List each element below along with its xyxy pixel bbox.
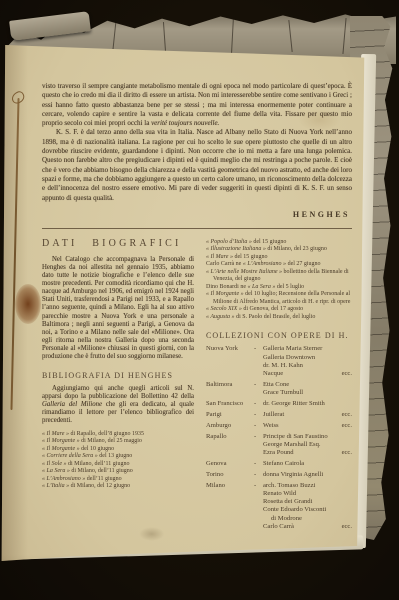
bibliography-entry: « Popolo d’Italia » del 15 giugno xyxy=(206,239,352,247)
bibliography-entry: « La Sera » di Milano, dell’11 giugno xyxy=(42,468,194,476)
city-separator: - xyxy=(254,482,263,532)
bibliography-entry: « Secolo XIX » di Genova, del 17 agosto xyxy=(206,306,352,314)
etc-label: ecc. xyxy=(342,449,352,457)
collection-city: Genova xyxy=(206,460,254,468)
collection-row: Milano - arch. Tomaso Buzzi Renato Wild … xyxy=(206,482,352,532)
bibliografia-heading: BIBLIOGRAFIA DI HENGHES xyxy=(42,371,194,380)
dati-biografici-heading: DATI BIOGRAFICI xyxy=(42,238,194,249)
collection-city: Baltimora xyxy=(206,381,254,398)
page-content: visto traverso il sempre cangiante metab… xyxy=(42,82,352,534)
collezioni-heading: COLLEZIONI CON OPERE DI H. xyxy=(206,331,352,340)
cover-crack xyxy=(112,18,117,52)
dati-biografici-text: Nel Catalogo che accompagnava la Persona… xyxy=(42,256,194,361)
city-separator: - xyxy=(254,381,263,398)
bibliography-list-right: « Popolo d’Italia » del 15 giugno « Illu… xyxy=(206,239,352,322)
right-column: « Popolo d’Italia » del 15 giugno « Illu… xyxy=(206,238,352,534)
bibliography-entry: « Il Mare » di Rapallo, dell’8 giugno 19… xyxy=(42,431,194,439)
collection-row: Genova - Stefano Cairola xyxy=(206,460,352,468)
bibliography-entry: « Il Morgante » di Milano, del 25 maggio xyxy=(42,438,194,446)
etc-label: ecc. xyxy=(342,370,352,378)
bibliography-entry: Dino Bonardi ne « La Sera » del 5 luglio xyxy=(206,284,352,292)
collection-row: Torino - donna Virginia Agnelli xyxy=(206,471,352,479)
bibliography-entry: « L’Italia » di Milano, del 12 giugno xyxy=(42,483,194,491)
collection-city: Parigi xyxy=(206,411,254,419)
collection-names: Principe di San Faustino George Marshall… xyxy=(263,433,352,458)
collection-names: dr. George Ritter Smith xyxy=(263,400,352,408)
collection-city: San Francisco xyxy=(206,400,254,408)
collection-names: Juilleratecc. xyxy=(263,411,352,419)
cover-crack xyxy=(231,16,234,54)
city-separator: - xyxy=(254,422,263,430)
etc-label: ecc. xyxy=(342,422,352,430)
city-separator: - xyxy=(254,471,263,479)
french-phrase: verité toujours nouvelle. xyxy=(151,119,219,127)
author-signature: HENGHES xyxy=(42,210,350,219)
section-divider xyxy=(42,228,352,229)
bibliography-entry: « Illustrazione Italiana » di Milano, de… xyxy=(206,246,352,254)
collezioni-section: COLLEZIONI CON OPERE DI H. Nuova York - … xyxy=(206,331,352,531)
bibliography-entry: « Augusta » di S. Paolo del Brasile, del… xyxy=(206,314,352,322)
city-separator: - xyxy=(254,400,263,408)
intro-paragraph-1: visto traverso il sempre cangiante metab… xyxy=(42,82,352,128)
collection-row: Rapallo - Principe di San Faustino Georg… xyxy=(206,433,352,458)
collection-names: donna Virginia Agnelli xyxy=(263,471,352,479)
collection-row: Parigi - Juilleratecc. xyxy=(206,411,352,419)
collection-city: Milano xyxy=(206,482,254,532)
collection-row: Amburgo - Weissecc. xyxy=(206,422,352,430)
left-column: DATI BIOGRAFICI Nel Catalogo che accompa… xyxy=(42,238,194,534)
collection-names: Stefano Cairola xyxy=(263,460,352,468)
intro-section: visto traverso il sempre cangiante metab… xyxy=(42,82,352,203)
bibliography-entry: « Il Morgante » del 10 giugno xyxy=(42,446,194,454)
two-column-layout: DATI BIOGRAFICI Nel Catalogo che accompa… xyxy=(42,238,352,534)
bibliography-entry: « Il Morgante » del 10 luglio; Recension… xyxy=(206,291,352,306)
collection-names: Etta Cone Grace Turnbull xyxy=(263,381,352,398)
bibliografia-intro-text: Aggiungiamo qui anche quegli articoli su… xyxy=(42,385,194,425)
bibliography-entry: Carlo Carrà ne « L’Ambrosiano » del 27 g… xyxy=(206,261,352,269)
cover-crack xyxy=(163,22,166,52)
etc-label: ecc. xyxy=(342,411,352,419)
city-separator: - xyxy=(254,460,263,468)
collection-names: Galleria Maria Sterner Galleria Downtown… xyxy=(263,345,352,378)
collection-city: Amburgo xyxy=(206,422,254,430)
collection-row: Baltimora - Etta Cone Grace Turnbull xyxy=(206,381,352,398)
collection-city: Torino xyxy=(206,471,254,479)
bibliografia-text: Aggiungiamo qui anche quegli articoli su… xyxy=(42,385,194,400)
city-separator: - xyxy=(254,345,263,378)
city-separator: - xyxy=(254,411,263,419)
collection-city: Rapallo xyxy=(206,433,254,458)
collection-names: arch. Tomaso Buzzi Renato Wild Rosetta d… xyxy=(263,482,352,532)
rust-stain xyxy=(15,284,41,324)
cover-crack xyxy=(288,20,292,52)
cover-crack xyxy=(342,18,346,54)
intro-paragraph-2: K. S. F. è dal terzo anno della sua vita… xyxy=(42,128,352,202)
bibliography-entry: « L’Ambrosiano » dell’11 giugno xyxy=(42,476,194,484)
bibliography-entry: « Il Sole » di Milano, dell’11 giugno xyxy=(42,461,194,469)
book-photo: visto traverso il sempre cangiante metab… xyxy=(0,0,399,600)
gallery-name: Galleria del Milione xyxy=(42,401,102,408)
collection-city: Nuova York xyxy=(206,345,254,378)
etc-label: ecc. xyxy=(342,523,352,531)
bibliography-entry: « L’Arte nelle Mostre Italiane » bollett… xyxy=(206,269,352,284)
bibliography-list-left: « Il Mare » di Rapallo, dell’8 giugno 19… xyxy=(42,431,194,491)
bibliography-entry: « Il Mare » del 15 giugno xyxy=(206,254,352,262)
collection-names: Weissecc. xyxy=(263,422,352,430)
city-separator: - xyxy=(254,433,263,458)
collection-row: San Francisco - dr. George Ritter Smith xyxy=(206,400,352,408)
collection-row: Nuova York - Galleria Maria Sterner Gall… xyxy=(206,345,352,378)
bibliography-entry: « Corriere della Sera » del 13 giugno xyxy=(42,453,194,461)
